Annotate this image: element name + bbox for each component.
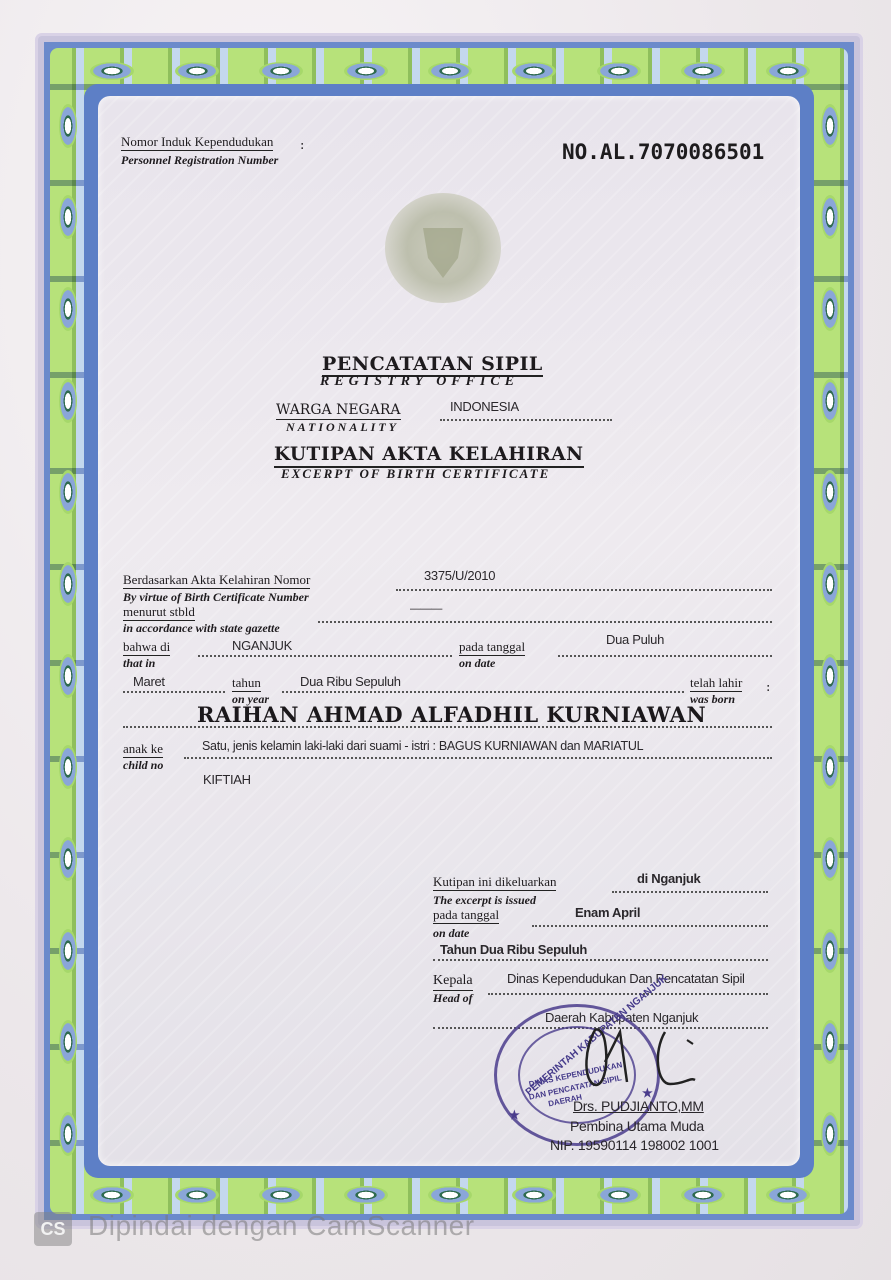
ornament-icon	[766, 1186, 810, 1204]
ornament-icon	[821, 470, 839, 514]
ornament-icon	[821, 287, 839, 331]
ornament-icon	[512, 62, 556, 80]
dotted-line	[184, 757, 772, 759]
ornament-icon	[821, 562, 839, 606]
ornament-icon	[821, 837, 839, 881]
dotted-line	[440, 419, 612, 421]
dotted-line	[396, 589, 772, 591]
child-info-line2: KIFTIAH	[203, 772, 251, 787]
ornament-icon	[821, 1112, 839, 1156]
child-info-line1: Satu, jenis kelamin laki-laki dari suami…	[202, 739, 643, 753]
ornament-icon	[821, 1020, 839, 1064]
ornament-icon	[175, 62, 219, 80]
stbld-value: ———	[410, 603, 442, 615]
place-value: NGANJUK	[232, 638, 292, 653]
signatory-rank: Pembina Utama Muda	[570, 1118, 704, 1134]
office-title-en: REGISTRY OFFICE	[320, 374, 519, 390]
signatory-nip: NIP. 19590114 198002 1001	[550, 1137, 719, 1153]
dotted-line	[612, 891, 768, 893]
ornament-icon	[821, 104, 839, 148]
issued-label: Kutipan ini dikeluarkan	[433, 874, 556, 891]
ornament-icon	[59, 929, 77, 973]
ornament-icon	[597, 62, 641, 80]
issued-year-value: Tahun Dua Ribu Sepuluh	[440, 942, 587, 957]
ornament-icon	[344, 1186, 388, 1204]
dotted-line	[123, 691, 225, 693]
signature-icon	[575, 1022, 700, 1092]
colon: :	[766, 680, 770, 695]
ornament-icon	[428, 62, 472, 80]
nik-colon: :	[300, 138, 304, 153]
ornament-icon	[59, 745, 77, 789]
issued-date-value: Enam April	[575, 905, 640, 920]
ornament-icon	[259, 1186, 303, 1204]
dotted-line	[532, 925, 768, 927]
child-name: RAIHAN AHMAD ALFADHIL KURNIAWAN	[197, 702, 706, 727]
nik-label: Nomor Induk Kependudukan	[121, 134, 273, 151]
ornament-icon	[59, 562, 77, 606]
issued-date-label-en: on date	[433, 926, 469, 940]
nationality-label: WARGA NEGARA	[276, 401, 401, 420]
camscanner-logo: CS	[34, 1212, 72, 1246]
place-label-en: that in	[123, 656, 155, 670]
ornament-icon	[59, 837, 77, 881]
ornament-icon	[90, 1186, 134, 1204]
ornament-icon	[59, 104, 77, 148]
ornament-icon	[59, 654, 77, 698]
date-label-en: on date	[459, 656, 495, 670]
serial-number: NO.AL.7070086501	[562, 140, 764, 164]
dotted-line	[318, 621, 772, 623]
right-ornament-column	[815, 80, 845, 1180]
ornament-icon	[597, 1186, 641, 1204]
ornament-icon	[681, 1186, 725, 1204]
ornament-icon	[821, 195, 839, 239]
ornament-icon	[59, 379, 77, 423]
top-ornament-row	[70, 56, 830, 86]
document-title-en: EXCERPT OF BIRTH CERTIFICATE	[281, 466, 550, 482]
month-value: Maret	[133, 674, 165, 689]
ornament-icon	[766, 62, 810, 80]
signatory-name: Drs. PUDJIANTO,MM	[573, 1098, 704, 1114]
dotted-line	[282, 691, 684, 693]
place-label: bahwa di	[123, 639, 170, 656]
ornament-icon	[821, 379, 839, 423]
bottom-ornament-row	[70, 1180, 830, 1210]
ornament-icon	[821, 745, 839, 789]
left-ornament-column	[53, 80, 83, 1180]
date-label: pada tanggal	[459, 639, 525, 656]
head-value-line1: Dinas Kependudukan Dan Pencatatan Sipil	[507, 971, 745, 986]
ornament-icon	[259, 62, 303, 80]
ornament-icon	[59, 1112, 77, 1156]
ornament-icon	[512, 1186, 556, 1204]
dotted-line	[433, 959, 768, 961]
stbld-label: menurut stbld	[123, 604, 195, 621]
nationality-label-en: NATIONALITY	[286, 420, 399, 435]
year-value: Dua Ribu Sepuluh	[300, 674, 401, 689]
dotted-line	[123, 726, 772, 728]
star-icon: ★	[509, 1108, 520, 1122]
ornament-icon	[821, 654, 839, 698]
dotted-line	[488, 993, 768, 995]
ornament-icon	[681, 62, 725, 80]
ornament-icon	[59, 1020, 77, 1064]
ornament-icon	[59, 287, 77, 331]
ornament-icon	[90, 62, 134, 80]
cert-number-label: Berdasarkan Akta Kelahiran Nomor	[123, 572, 310, 589]
child-no-label-en: child no	[123, 758, 163, 772]
ornament-icon	[175, 1186, 219, 1204]
dotted-line	[198, 655, 452, 657]
issued-place: di Nganjuk	[637, 871, 700, 886]
ornament-icon	[821, 929, 839, 973]
ornament-icon	[59, 195, 77, 239]
child-no-label: anak ke	[123, 741, 163, 758]
born-label: telah lahir	[690, 675, 742, 692]
ornament-icon	[428, 1186, 472, 1204]
ornament-icon	[59, 470, 77, 514]
year-label: tahun	[232, 675, 261, 692]
date-value: Dua Puluh	[606, 632, 664, 647]
head-label: Kepala	[433, 973, 473, 989]
issued-date-label: pada tanggal	[433, 907, 499, 924]
dotted-line	[558, 655, 772, 657]
issued-label-en: The excerpt is issued	[433, 893, 536, 907]
nik-label-en: Personnel Registration Number	[121, 153, 278, 167]
cert-number-value: 3375/U/2010	[424, 568, 495, 583]
camscanner-watermark: Dipindai dengan CamScanner	[88, 1210, 475, 1242]
head-label-en: Head of	[433, 990, 473, 1005]
cert-number-label-en: By virtue of Birth Certificate Number	[123, 590, 309, 604]
ornament-icon	[344, 62, 388, 80]
stbld-label-en: in accordance with state gazette	[123, 621, 280, 635]
document-title: KUTIPAN AKTA KELAHIRAN	[274, 444, 584, 468]
nationality-value: INDONESIA	[450, 399, 519, 414]
